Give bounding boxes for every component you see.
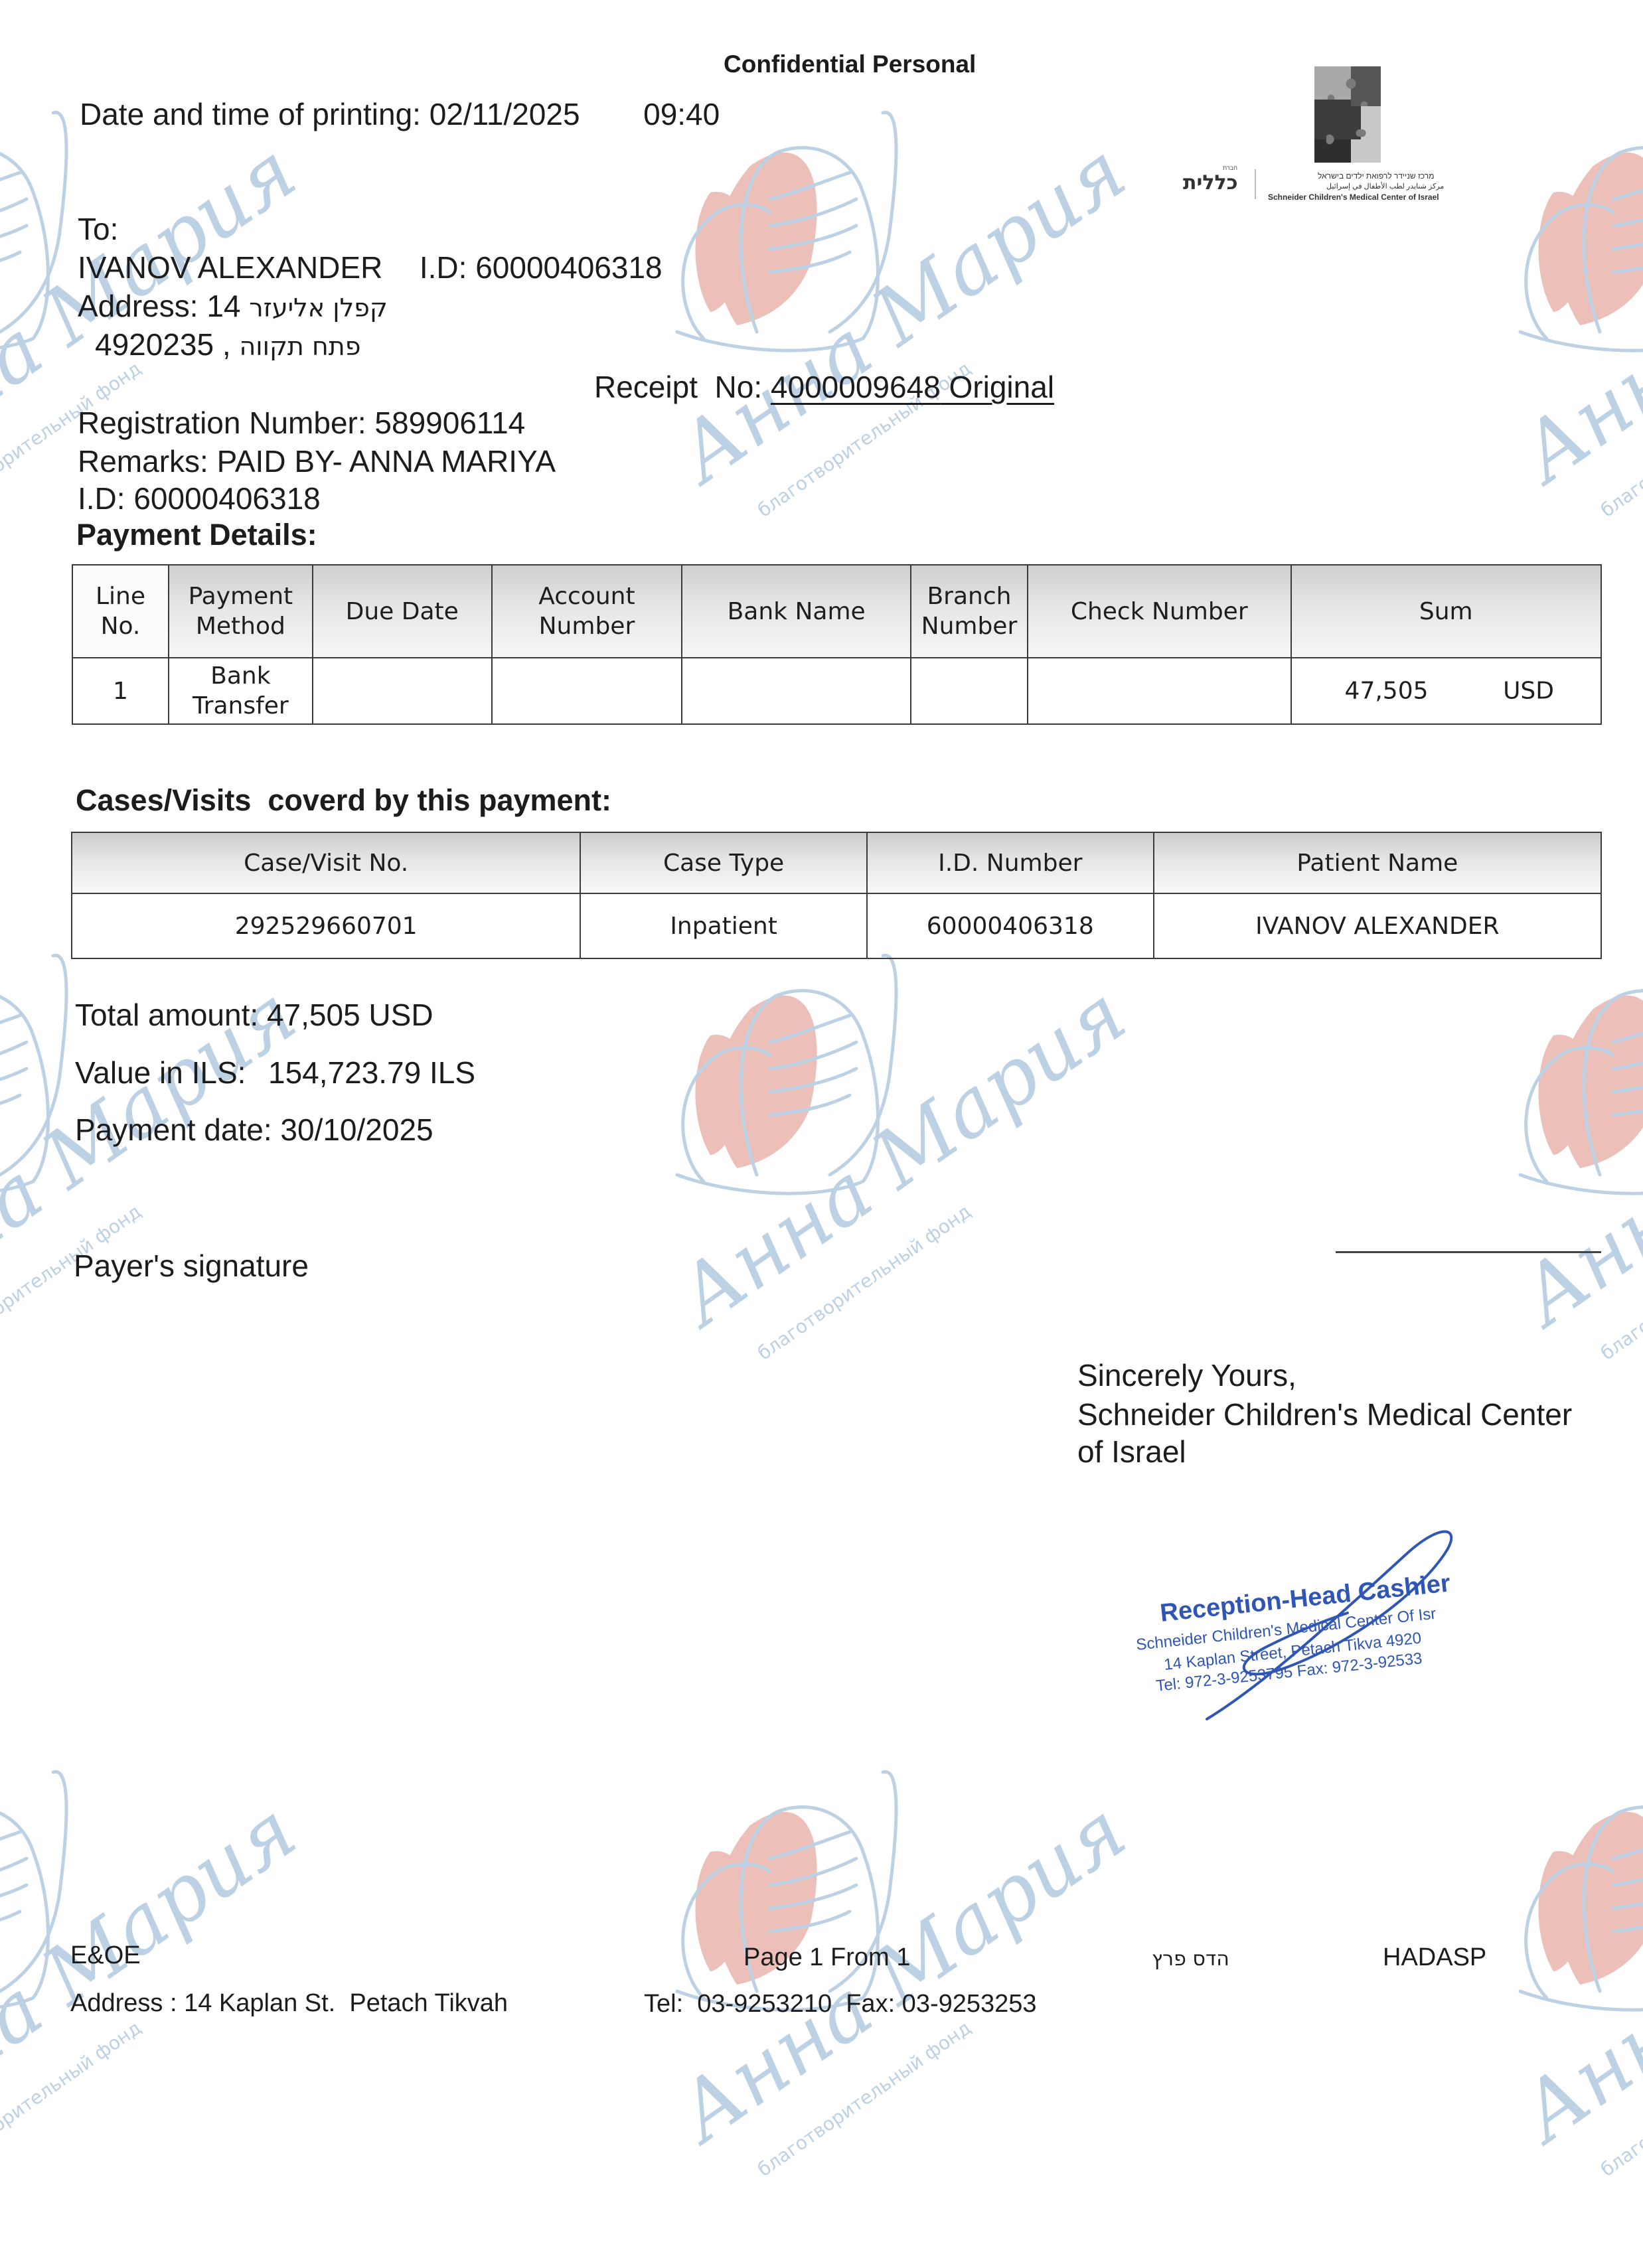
print-label: Date and time of printing: [80, 97, 421, 131]
cell-sum: 47,505 USD [1291, 658, 1601, 724]
col-case-type: Case Type [580, 832, 867, 893]
remarks-line: Remarks: PAID BY- ANNA MARIYA [78, 443, 556, 479]
signature-line [1336, 1251, 1601, 1253]
address-number: 14 [206, 289, 240, 323]
cell-payment-method: Bank Transfer [169, 658, 313, 724]
footer-page: Page 1 From 1 [743, 1943, 910, 1972]
to-label: To: [78, 211, 118, 247]
col-bank-name: Bank Name [682, 565, 911, 658]
watermark-logo: Анна Марияблаготворительный фонд [1507, 113, 1643, 548]
recipient-address-line1: Address: 14 קפלן אליעזר [78, 288, 388, 324]
org-name-line2: of Israel [1077, 1434, 1186, 1470]
confidential-label: Confidential Personal [724, 50, 976, 78]
col-case-visit-no: Case/Visit No. [72, 832, 580, 893]
svg-text:Анна Мария: Анна Мария [1500, 125, 1643, 504]
address-street: קפלן אליעזר [249, 293, 388, 323]
payer-id-line: I.D: 60000406318 [78, 481, 321, 516]
recipient-name: IVANOV ALEXANDER [78, 250, 382, 285]
svg-text:благотворительный фонд: благотворительный фонд [1597, 1200, 1643, 1364]
svg-text:благотворительный фонд: благотворительный фонд [0, 2016, 145, 2180]
clalit-text: כללית [1183, 171, 1238, 194]
clalit-logo: כללית [1183, 171, 1238, 194]
payment-method-value: Bank Transfer [191, 661, 290, 721]
payment-date-line: Payment date: 30/10/2025 [75, 1112, 433, 1148]
remarks-value: PAID BY- ANNA MARIYA [217, 444, 556, 479]
payer-id-label: I.D: [78, 481, 125, 516]
recipient-line: IVANOV ALEXANDER I.D: 60000406318 [78, 250, 663, 285]
col-check-number: Check Number [1028, 565, 1291, 658]
logo-name-he: מרכז שניידר לרפואת ילדים בישראל [1318, 171, 1434, 181]
receipt-number: 4000009648 Original [771, 370, 1054, 404]
sum-amount: 47,505 [1345, 676, 1429, 706]
payment-date-value: 30/10/2025 [280, 1112, 433, 1147]
table-row: 1 Bank Transfer 47,505 USD [72, 658, 1601, 724]
recipient-id: 60000406318 [475, 250, 662, 285]
col-line-no: LineNo. [72, 565, 169, 658]
footer-address: Address : 14 Kaplan St. Petach Tikvah [70, 1989, 508, 2018]
cell-patient-name: IVANOV ALEXANDER [1154, 893, 1601, 958]
svg-text:Анна Мария: Анна Мария [657, 968, 1142, 1347]
payer-id-value: 60000406318 [133, 481, 320, 516]
svg-text:Анна Мария: Анна Мария [657, 1785, 1142, 2163]
watermark-logo: Анна Марияблаготворительный фонд [1507, 1772, 1643, 2207]
cases-title: Cases/Visits coverd by this payment: [76, 783, 611, 818]
address-city: פתח תקווה [239, 332, 360, 361]
svg-text:благотворительный фонд: благотворительный фонд [1597, 357, 1643, 521]
footer-user-he: הדס פרץ [1152, 1947, 1229, 1971]
cell-account-number [492, 658, 682, 724]
svg-text:благотворительный фонд: благотворительный фонд [1597, 2016, 1643, 2180]
cases-table: Case/Visit No. Case Type I.D. Number Pat… [71, 832, 1602, 959]
logo-partner-caption: חברת [1223, 165, 1237, 171]
logo-name-ar: مركز شنايدر لطب الأطفال في إسرائيل [1326, 182, 1444, 190]
cell-branch-number [911, 658, 1028, 724]
total-amount-value: 47,505 USD [267, 998, 433, 1032]
svg-text:Анна Мария: Анна Мария [657, 125, 1142, 504]
cell-case-type: Inpatient [580, 893, 867, 958]
svg-text:благотворительный фонд: благотворительный фонд [753, 2016, 975, 2180]
col-branch-number: BranchNumber [911, 565, 1028, 658]
watermark-logo: Анна Марияблаготворительный фонд [664, 956, 1129, 1391]
col-due-date: Due Date [313, 565, 492, 658]
address-label: Address: [78, 289, 198, 323]
payment-details-title: Payment Details: [76, 518, 317, 552]
receipt-number-value: 4000009648 [771, 370, 941, 404]
payer-signature-label: Payer's signature [74, 1248, 309, 1284]
total-amount-label: Total amount: [75, 998, 258, 1032]
cashier-stamp: Reception-Head Cashier Schneider Childre… [1129, 1513, 1487, 1732]
ils-value-label: Value in ILS: [75, 1055, 246, 1090]
receipt-number-line: Receipt No: 4000009648 Original [594, 369, 1054, 405]
registration-number: 589906114 [374, 406, 525, 440]
svg-text:Анна Мария: Анна Мария [0, 1785, 313, 2163]
print-date: 02/11/2025 [430, 97, 580, 131]
table-row: 292529660701 Inpatient 60000406318 IVANO… [72, 893, 1601, 958]
cell-line-no: 1 [72, 658, 169, 724]
svg-text:благотворительный фонд: благотворительный фонд [753, 1200, 975, 1364]
cases-table-header: Case/Visit No. Case Type I.D. Number Pat… [72, 832, 1601, 893]
logo-divider [1255, 169, 1256, 199]
closing-text: Sincerely Yours, [1077, 1357, 1296, 1393]
total-amount-line: Total amount: 47,505 USD [75, 997, 433, 1033]
col-account-number: AccountNumber [492, 565, 682, 658]
sum-currency: USD [1503, 676, 1554, 706]
recipient-address-line2: 4920235 , פתח תקווה [95, 327, 361, 362]
org-name-line1: Schneider Children's Medical Center [1077, 1397, 1572, 1432]
cell-case-no: 292529660701 [72, 893, 580, 958]
cell-bank-name [682, 658, 911, 724]
col-id-number: I.D. Number [867, 832, 1154, 893]
registration-line: Registration Number: 589906114 [78, 405, 525, 441]
col-patient-name: Patient Name [1154, 832, 1601, 893]
svg-text:Анна Мария: Анна Мария [1500, 968, 1643, 1347]
print-datetime: Date and time of printing: 02/11/2025 09… [80, 96, 720, 132]
registration-label: Registration Number: [78, 406, 366, 440]
payment-date-label: Payment date: [75, 1112, 272, 1147]
hospital-logo: מרכז שניידר לרפואת ילדים בישראל مركز شنا… [1175, 60, 1480, 212]
cell-due-date [313, 658, 492, 724]
recipient-id-label: I.D: [420, 250, 467, 285]
col-payment-method: PaymentMethod [169, 565, 313, 658]
receipt-copy-type: Original [949, 370, 1055, 404]
footer-user-code: HADASP [1383, 1943, 1486, 1972]
watermark-logo: Анна Марияблаготворительный фонд [664, 113, 1129, 548]
address-zip: 4920235 [95, 327, 214, 362]
cell-check-number [1028, 658, 1291, 724]
svg-text:Анна Мария: Анна Мария [1500, 1785, 1643, 2163]
payment-table-header: LineNo. PaymentMethod Due Date AccountNu… [72, 565, 1601, 658]
receipt-label: Receipt No: [594, 370, 762, 404]
handwritten-signature-icon [1129, 1513, 1487, 1732]
puzzle-logo-icon [1314, 66, 1381, 163]
cell-id-number: 60000406318 [867, 893, 1154, 958]
logo-name-en: Schneider Children's Medical Center of I… [1268, 192, 1439, 202]
ils-value-line: Value in ILS: 154,723.79 ILS [75, 1055, 475, 1091]
watermark-logo: Анна Марияблаготворительный фонд [1507, 956, 1643, 1391]
col-sum: Sum [1291, 565, 1601, 658]
footer-eoe: E&OE [70, 1941, 141, 1970]
remarks-label: Remarks: [78, 444, 208, 479]
print-time: 09:40 [643, 97, 720, 131]
payment-details-table: LineNo. PaymentMethod Due Date AccountNu… [72, 564, 1602, 725]
footer-contact: Tel: 03-9253210 Fax: 03-9253253 [644, 1990, 1037, 2018]
ils-value: 154,723.79 ILS [268, 1055, 475, 1090]
